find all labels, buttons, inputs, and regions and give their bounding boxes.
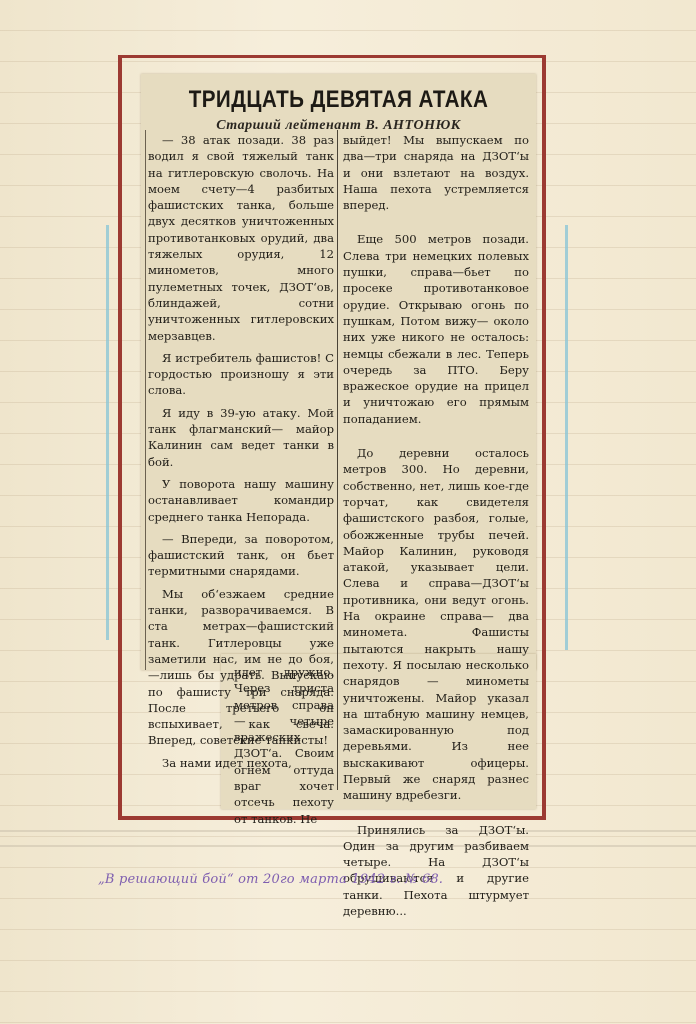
article-column-right: выйдет! Мы выпускаем по два—три снаряда … [343,132,529,925]
paragraph: Принялись за ДЗОТ‘ы. Один за другим разб… [343,822,529,920]
paragraph: До деревни осталось метров 300. Но дерев… [343,445,529,804]
column-divider [337,130,338,790]
paragraph: — Впереди, за поворотом, фашистский танк… [148,531,334,580]
article-column-left: — 38 атак позади. 38 раз водил я свой тя… [148,132,334,667]
newspaper-clipping: ТРИДЦАТЬ ДЕВЯТАЯ АТАКА Старший лейтенант… [141,74,536,809]
article-title: ТРИДЦАТЬ ДЕВЯТАЯ АТАКА [169,86,509,114]
column-rule-left [145,130,146,670]
handwritten-caption: „В решающий бой“ от 20го марта 1942 г. №… [98,872,443,887]
paragraph: У поворота нашу машину останавливает ком… [148,476,334,525]
paragraph: выйдет! Мы выпускаем по два—три снаряда … [343,132,529,213]
margin-line-right [565,225,568,650]
paragraph: Я иду в 39-ую атаку. Мой танк флагмански… [148,405,334,470]
paragraph: идет дружно. Через триста метров справа … [234,664,334,827]
margin-line-left [106,225,109,640]
paragraph: Я истребитель фашистов! С гордостью прои… [148,350,334,399]
paragraph: — 38 атак позади. 38 раз водил я свой тя… [148,132,334,344]
article-column-left-tail: идет дружно. Через триста метров справа … [234,664,334,833]
paragraph: Еще 500 метров позади. Слева три немецки… [343,231,529,427]
